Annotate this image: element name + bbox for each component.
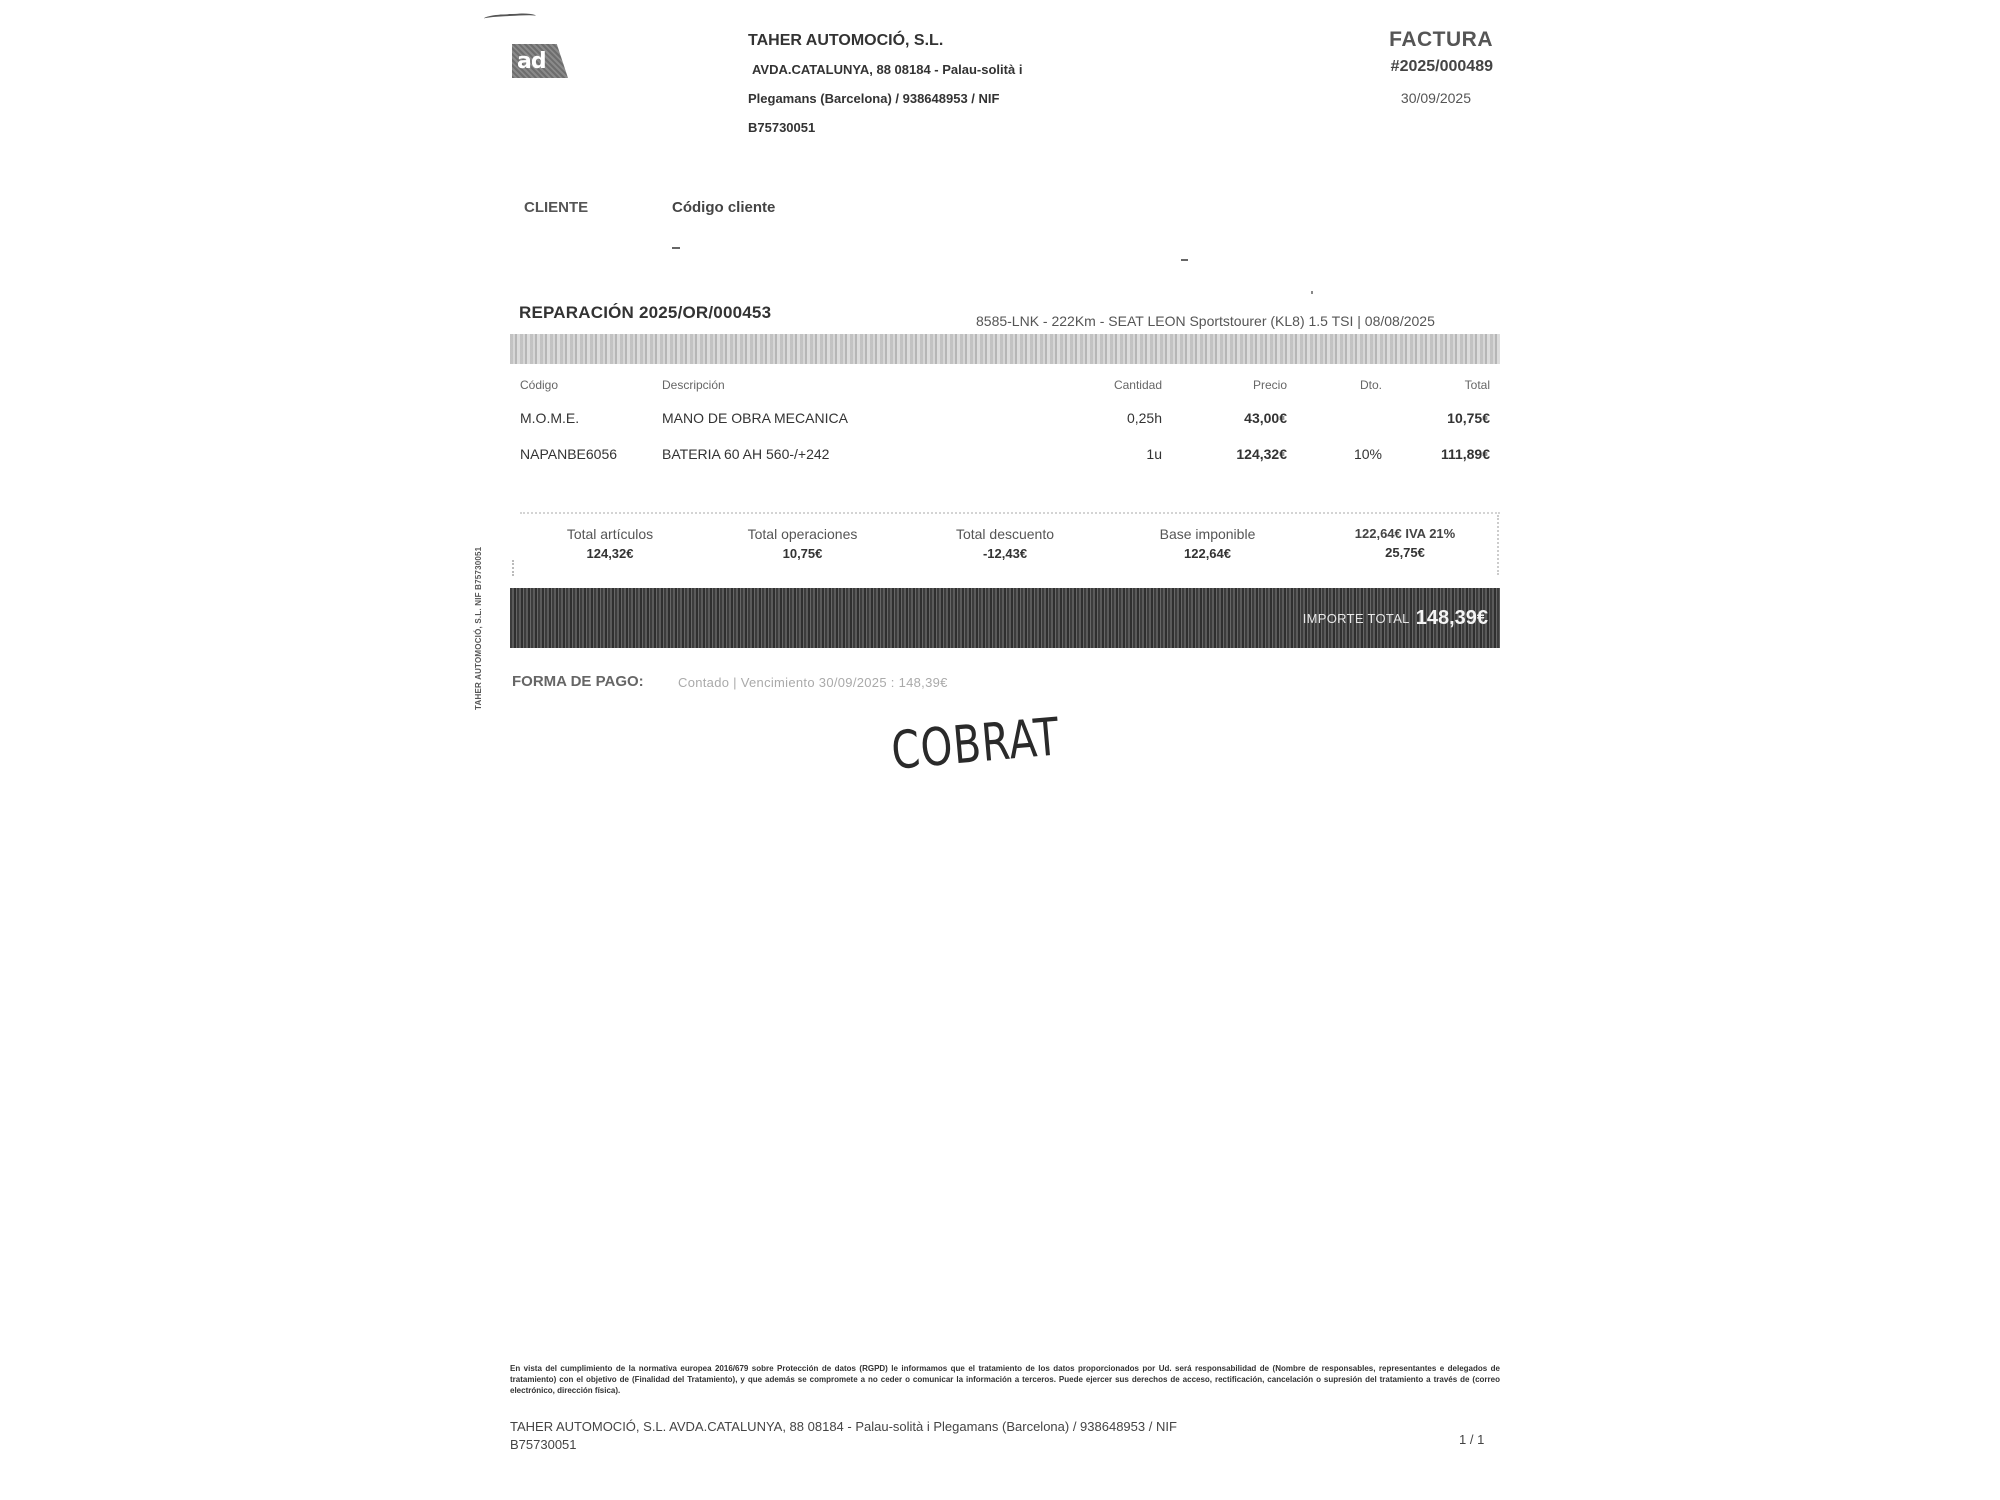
company-info: TAHER AUTOMOCIÓ, S.L. AVDA.CATALUNYA, 88… (748, 26, 1108, 142)
vat-label: 122,64€ IVA 21% (1320, 526, 1490, 541)
grand-total-bar: IMPORTE TOTAL 148,39€ (510, 588, 1500, 648)
invoice-header: FACTURA #2025/000489 30/09/2025 (1389, 28, 1493, 106)
total-operations: Total operaciones 10,75€ (713, 526, 893, 561)
total-operations-label: Total operaciones (713, 526, 893, 542)
table-row: M.O.M.E. MANO DE OBRA MECANICA 0,25h 43,… (520, 400, 1490, 436)
items-table: Código Descripción Cantidad Precio Dto. … (520, 370, 1490, 472)
client-code-label: Código cliente (672, 199, 775, 216)
client-field-placeholder (1181, 259, 1188, 261)
totals-right-border (1497, 515, 1499, 575)
invoice-number: #2025/000489 (1389, 58, 1493, 76)
items-header-row: Código Descripción Cantidad Precio Dto. … (520, 370, 1490, 400)
grand-total-label: IMPORTE TOTAL (1303, 611, 1410, 626)
col-discount: Dto. (1287, 370, 1382, 400)
item-description: BATERIA 60 AH 560-/+242 (662, 436, 1092, 472)
item-code: M.O.M.E. (520, 400, 662, 436)
logo-text: ad (517, 49, 546, 74)
client-label: CLIENTE (524, 199, 588, 216)
totals-divider (520, 512, 1500, 514)
company-name: TAHER AUTOMOCIÓ, S.L. (748, 26, 1108, 55)
vat-value: 25,75€ (1320, 545, 1490, 560)
item-quantity: 0,25h (1092, 400, 1162, 436)
invoice-date: 30/09/2025 (1389, 90, 1471, 106)
total-articles-label: Total artículos (530, 526, 690, 542)
col-code: Código (520, 370, 662, 400)
side-registry-text: TAHER AUTOMOCIÓ, S.L. NIF B75730051 (474, 547, 483, 710)
table-row: NAPANBE6056 BATERIA 60 AH 560-/+242 1u 1… (520, 436, 1490, 472)
col-description: Descripción (662, 370, 1092, 400)
paid-stamp: COBRAT (889, 707, 1062, 781)
company-nif: B75730051 (748, 113, 1108, 142)
item-price: 43,00€ (1162, 400, 1287, 436)
item-quantity: 1u (1092, 436, 1162, 472)
col-price: Precio (1162, 370, 1287, 400)
total-articles-value: 124,32€ (530, 546, 690, 561)
item-total: 10,75€ (1382, 400, 1490, 436)
totals-left-border (512, 560, 514, 576)
page-number: 1 / 1 (1459, 1432, 1484, 1447)
item-description: MANO DE OBRA MECANICA (662, 400, 1092, 436)
tax-base-value: 122,64€ (1118, 546, 1298, 561)
vat: 122,64€ IVA 21% 25,75€ (1320, 526, 1490, 561)
table-header-band (510, 334, 1500, 364)
pen-mark (484, 13, 536, 24)
company-address-line2: Plegamans (Barcelona) / 938648953 / NIF (748, 84, 1108, 113)
invoice-page: ad TAHER AUTOMOCIÓ, S.L. AVDA.CATALUNYA,… (0, 0, 2000, 1500)
footer-company-info: TAHER AUTOMOCIÓ, S.L. AVDA.CATALUNYA, 88… (510, 1418, 1340, 1454)
totals-summary: Total artículos 124,32€ Total operacione… (520, 526, 1490, 561)
client-code-placeholder (672, 247, 680, 249)
total-discount-label: Total descuento (915, 526, 1095, 542)
payment-method-value: Contado | Vencimiento 30/09/2025 : 148,3… (678, 675, 948, 690)
item-code: NAPANBE6056 (520, 436, 662, 472)
company-address-line1: AVDA.CATALUNYA, 88 08184 - Palau-solità … (748, 55, 1108, 84)
invoice-title: FACTURA (1389, 28, 1493, 52)
repair-order-title: REPARACIÓN 2025/OR/000453 (519, 303, 771, 323)
footer-nif: B75730051 (510, 1436, 1340, 1454)
tax-base: Base imponible 122,64€ (1118, 526, 1298, 561)
item-total: 111,89€ (1382, 436, 1490, 472)
col-quantity: Cantidad (1092, 370, 1162, 400)
grand-total-value: 148,39€ (1416, 607, 1488, 630)
total-discount: Total descuento -12,43€ (915, 526, 1095, 561)
company-logo: ad (512, 44, 568, 78)
vehicle-info: 8585-LNK - 222Km - SEAT LEON Sportstoure… (976, 313, 1435, 329)
item-discount (1287, 400, 1382, 436)
payment-method-label: FORMA DE PAGO: (512, 673, 644, 690)
item-price: 124,32€ (1162, 436, 1287, 472)
col-total: Total (1382, 370, 1490, 400)
footer-company-line: TAHER AUTOMOCIÓ, S.L. AVDA.CATALUNYA, 88… (510, 1418, 1340, 1436)
item-discount: 10% (1287, 436, 1382, 472)
total-discount-value: -12,43€ (915, 546, 1095, 561)
privacy-notice: En vista del cumplimiento de la normativ… (510, 1363, 1500, 1396)
total-articles: Total artículos 124,32€ (530, 526, 690, 561)
tax-base-label: Base imponible (1118, 526, 1298, 542)
total-operations-value: 10,75€ (713, 546, 893, 561)
scan-speck (1311, 291, 1313, 294)
